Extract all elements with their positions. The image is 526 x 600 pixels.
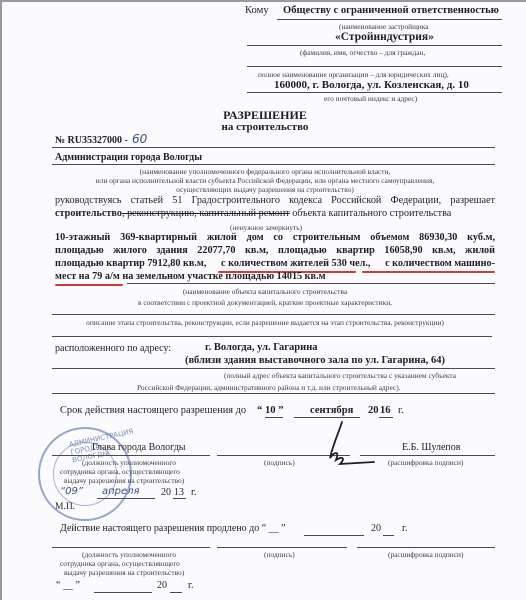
stage-hint: описание этапа строительства, реконструк… [2, 318, 526, 327]
recipient-line1: Обществу с ограниченной ответственностью [283, 5, 499, 16]
issue-day: “09” [60, 486, 83, 497]
location-underline [52, 368, 495, 369]
ext-signature-underline [217, 547, 347, 548]
ext-name-hint: (расшифровка подписи) [388, 550, 463, 559]
stage-underline [52, 314, 495, 315]
name-underline [360, 455, 495, 456]
issue-month-underline [97, 498, 155, 499]
signatory-position: Глава города Вологды [92, 442, 186, 453]
blank-underline [247, 66, 502, 67]
ext-date-unit: г. [188, 580, 193, 591]
ext-position-hint2: сотрудника органа, осуществляющего [60, 559, 180, 568]
validity-day: “ 10 ” [257, 405, 283, 416]
recipient-address: 160000, г. Вологда, ул. Козленская, д. 1… [274, 79, 469, 91]
location-hint1: (полный адрес объекта капитального строи… [224, 371, 456, 380]
object-line4-a: мест на 79 а/м [55, 271, 120, 282]
location-label: расположенного по адресу: [55, 343, 171, 354]
issue-year-suffix: 13 [174, 487, 184, 498]
extension-year: 20 [371, 523, 381, 534]
ext-date-month-underline [94, 592, 152, 593]
permission-type-tail: объекта капитального строительства [290, 208, 452, 219]
ext-name-underline [357, 547, 495, 548]
extension-year-unit: г. [402, 523, 407, 534]
object-line3-c: с количеством машино- [385, 258, 495, 269]
permit-document: Кому Обществу с ограниченной ответственн… [0, 0, 526, 600]
recipient-hint1: (наименование застройщика [339, 22, 429, 31]
permission-type-struck: , реконструкцию, капитальный ремонт [122, 208, 290, 219]
permit-number: № RU35327000 - [55, 135, 128, 146]
extension-year-underline [383, 535, 394, 536]
ext-date-year-underline [170, 592, 182, 593]
permission-type: строительство, реконструкцию, капитальны… [55, 208, 451, 219]
name-hint: (расшифровка подписи) [388, 458, 463, 467]
object-hint2: в соответствии с проектной документацией… [2, 298, 526, 307]
address-hint: его почтовый индекс и адрес) [324, 94, 417, 103]
validity-year-unit: г. [398, 405, 404, 416]
ext-position-hint3: выдачу разрешения на строительство) [64, 568, 184, 577]
location-hint2: Российской Федерации, административного … [137, 383, 401, 392]
object-line3: площадью квартир 7912,80 кв.м, с количес… [55, 258, 495, 269]
number-underline [52, 147, 495, 148]
validity-month-underline [294, 417, 360, 418]
location-line1: г. Вологда, ул. Гагарина [205, 342, 318, 353]
highlight-parking-cont [55, 284, 123, 286]
ext-signature-hint: (подпись) [264, 550, 295, 559]
ext-position-underline [52, 547, 210, 548]
position-hint3: выдачу разрешения на строительство) [64, 476, 184, 485]
authority-hint2: или органа исполнительной власти субъект… [2, 176, 526, 185]
permission-type-hint: (ненужное зачеркнуть) [230, 223, 302, 232]
validity-label: Срок действия настоящего разрешения до [60, 405, 246, 416]
object-line4: мест на 79 а/м на земельном участке площ… [55, 271, 326, 282]
ext-date-year: 20 [157, 580, 167, 591]
seal-label: М.П. [55, 502, 75, 512]
extension-label: Действие настоящего разрешения продлено … [60, 523, 286, 534]
validity-year-prefix: 20 [368, 405, 379, 416]
location-line2: (вблизи здания выставочного зала по ул. … [185, 355, 445, 366]
validity-month: сентября [310, 405, 353, 416]
issue-year-unit: г. [191, 487, 196, 498]
ext-date-day: “ __ ” [56, 580, 80, 591]
stage-underline2 [52, 336, 492, 337]
permission-intro: руководствуясь статьей 51 Градостроитель… [55, 195, 495, 206]
issue-year-prefix: 20 [161, 487, 171, 498]
address-underline [247, 92, 502, 93]
to-label: Кому [245, 5, 269, 16]
recipient2-underline [247, 45, 502, 46]
recipient-underline [277, 19, 502, 20]
validity-year-suffix: 16 [380, 405, 391, 416]
validity-year-underline [379, 417, 393, 418]
highlight-parking [362, 271, 495, 273]
location-underline2 [52, 393, 495, 394]
recipient-hint2: (фамилия, имя, отчество – для граждан, [300, 48, 425, 57]
object-line3-a: площадью квартир 7912,80 кв.м, [55, 258, 206, 269]
object-line3-b: с количеством жителей 530 чел., [221, 258, 370, 269]
validity-day-underline [265, 417, 283, 418]
issue-year-underline [173, 498, 186, 499]
authority-hint3: осуществляющих выдачу разрешения на стро… [2, 185, 526, 194]
permission-type-kept: строительство [55, 208, 122, 219]
object-line4-b: на земельном участке площадью 14015 кв.м [120, 271, 326, 282]
position-hint1: (должность уполномоченного [82, 458, 176, 467]
object-hint1: (наименование объекта капитального строи… [2, 287, 526, 296]
authority-underline [52, 164, 495, 165]
authority-name: Администрация города Вологды [55, 152, 202, 163]
recipient-hint3: полное наименование организации – для юр… [258, 70, 449, 79]
object-line1: 10-этажный 369-квартирный жилой дом со с… [55, 232, 495, 243]
position-hint2: сотрудника органа, осуществляющего [60, 467, 180, 476]
ext-position-hint1: (должность уполномоченного [82, 550, 176, 559]
object-underline [127, 283, 495, 284]
document-subtitle: на строительство [2, 121, 526, 133]
authority-hint1: (наименование уполномоченного федерально… [2, 167, 526, 176]
signature-hint: (подпись) [264, 458, 295, 467]
recipient-line2: «Стройиндустрия» [335, 31, 434, 43]
permit-number-handwritten: 60 [132, 132, 147, 146]
object-line2: площадью жилого здания 22077,70 кв.м, пл… [55, 245, 495, 256]
extension-month-underline [304, 535, 364, 536]
position-underline [52, 455, 210, 456]
issue-month: апреля [102, 486, 140, 497]
handwritten-signature [324, 420, 384, 470]
signatory-name: Е.Б. Шулепов [402, 442, 461, 453]
